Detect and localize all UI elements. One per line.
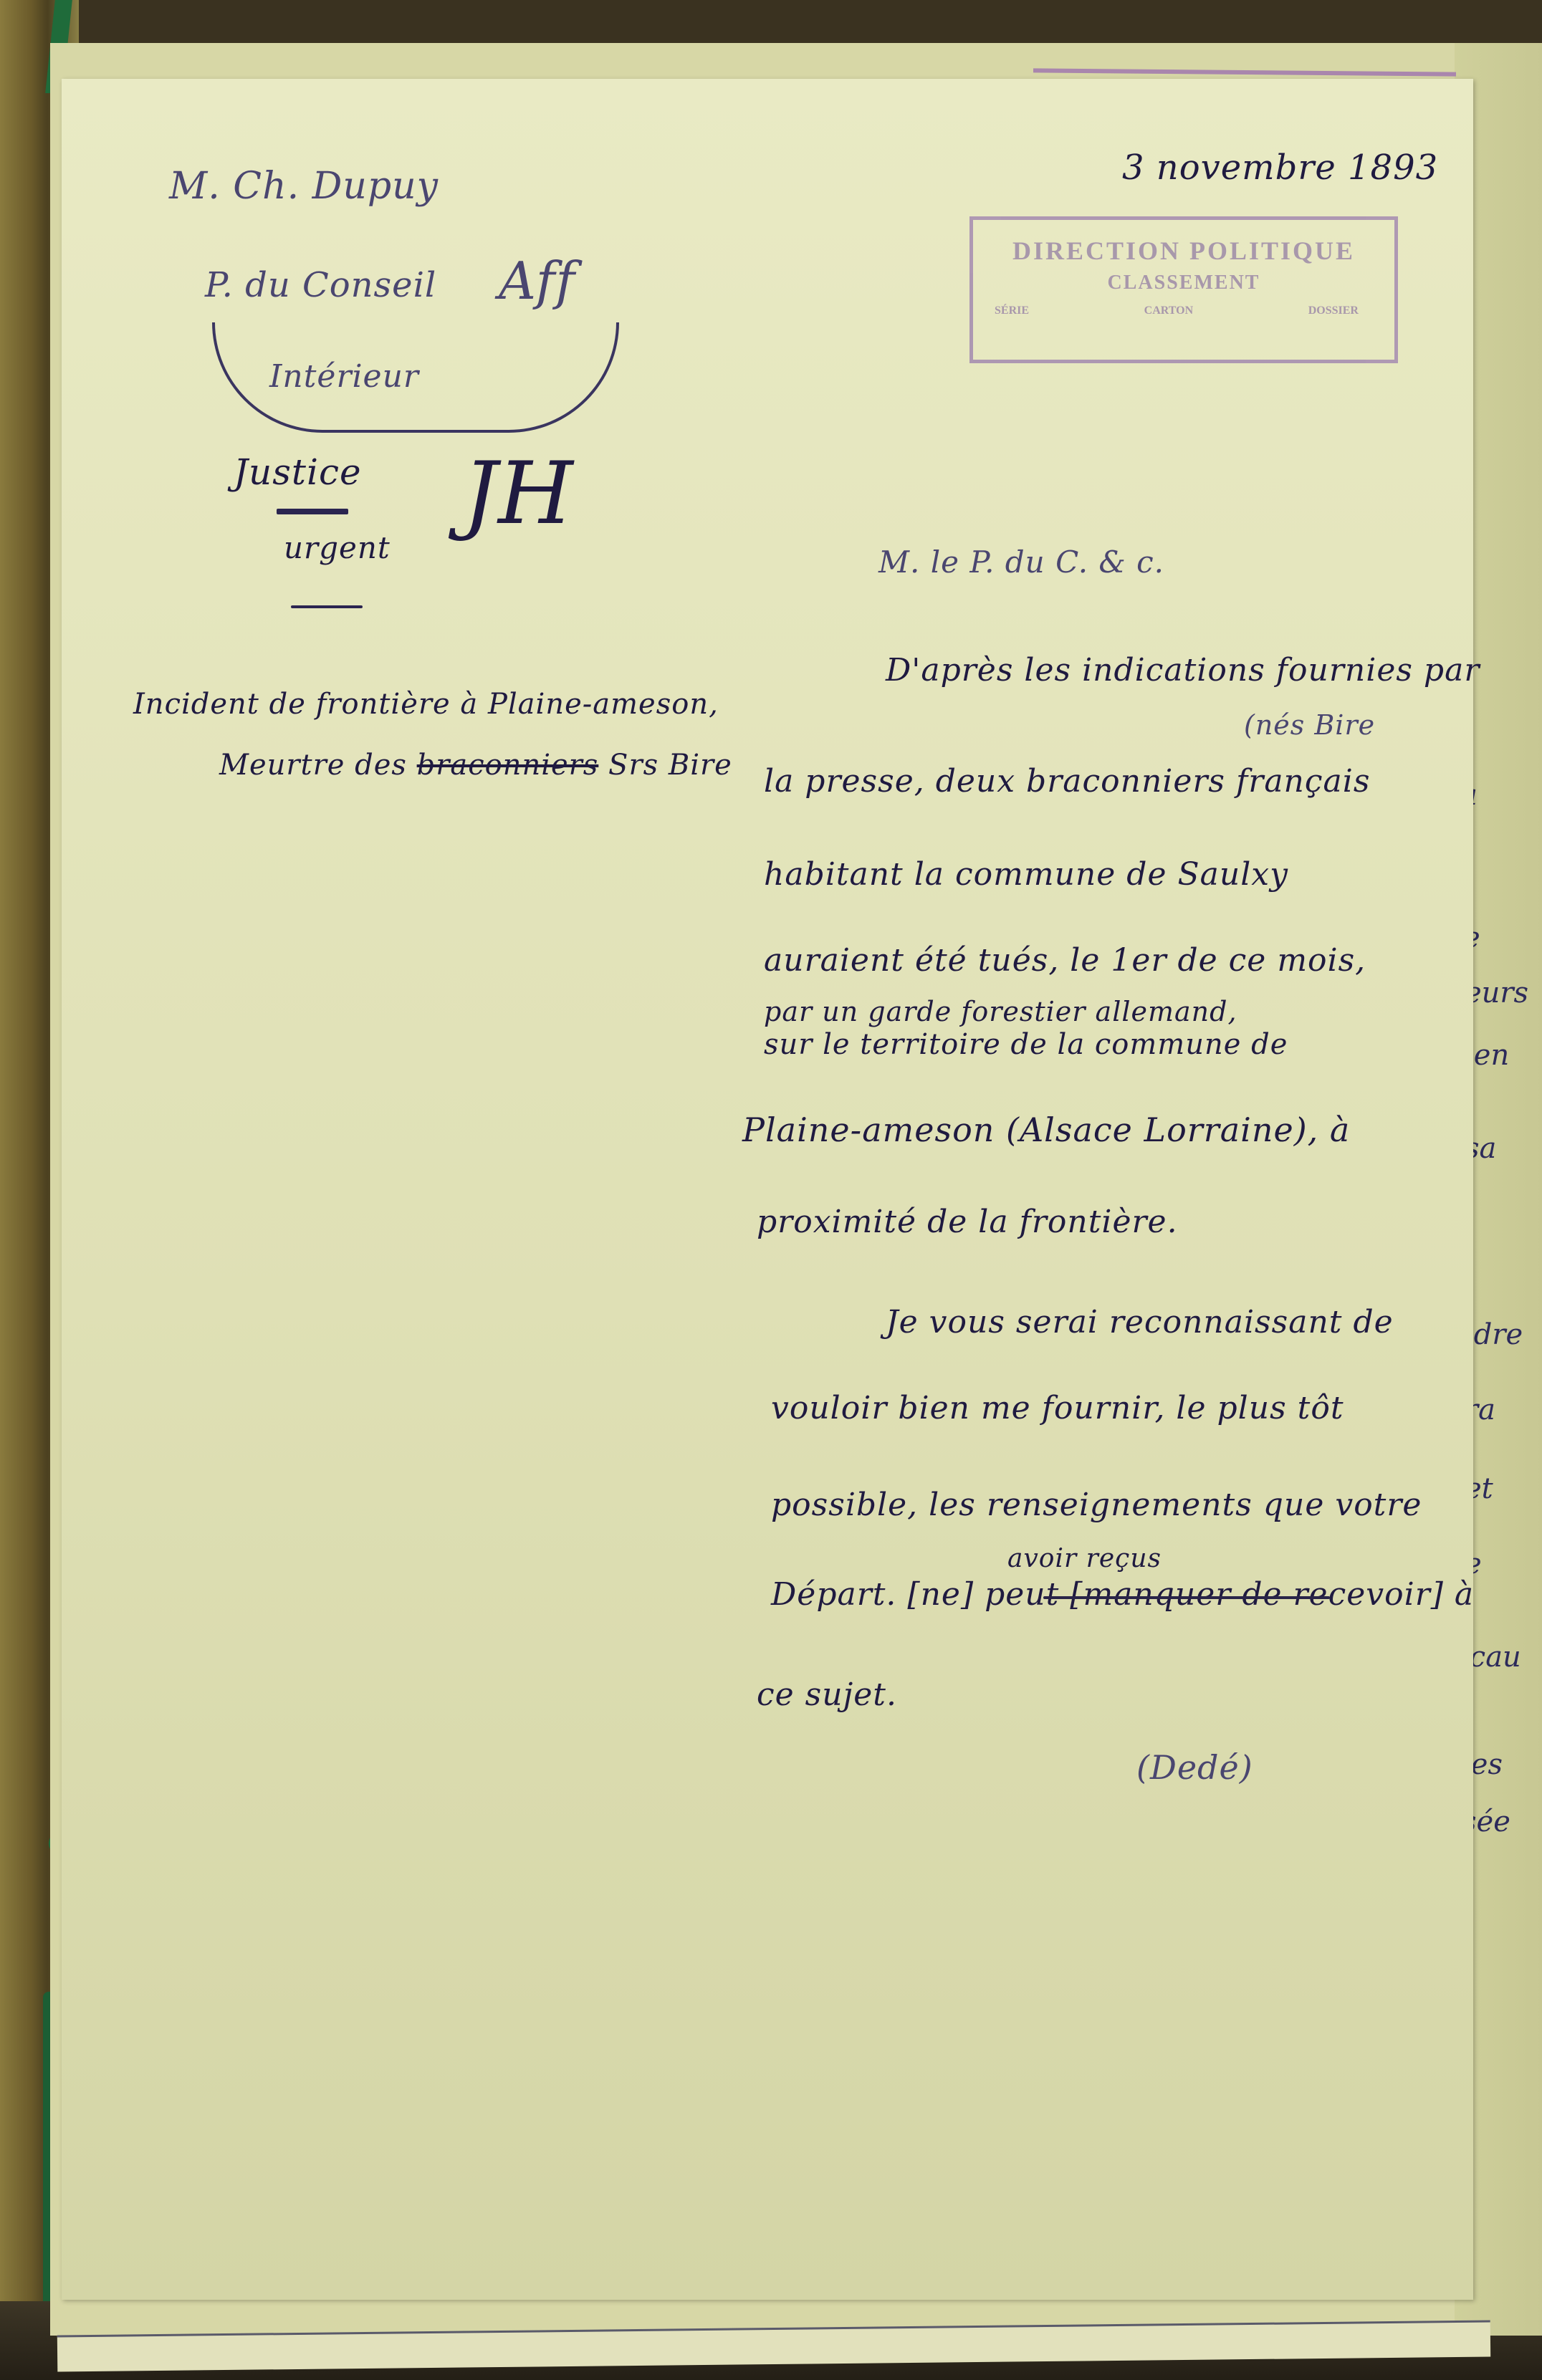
body-line: D'après les indications fournies par: [886, 652, 1480, 688]
body-line: vouloir bien me fournir, le plus tôt: [771, 1390, 1344, 1426]
classification-stamp: DIRECTION POLITIQUE CLASSEMENT SÉRIE CAR…: [969, 216, 1398, 363]
grouping-brace: [212, 322, 619, 433]
body-line: Départ. [ne] peut [manquer de recevoir] …: [771, 1576, 1474, 1613]
letter-date: 3 novembre 1893: [1122, 148, 1438, 188]
body-line: sur le territoire de la commune de: [764, 1028, 1288, 1061]
addressee-office-justice: Justice: [234, 451, 362, 493]
subject-line-1: Incident de frontière à Plaine-ameson,: [133, 688, 719, 721]
body-line: auraient été tués, le 1er de ce mois,: [764, 942, 1366, 979]
stamp-subtitle: CLASSEMENT: [973, 272, 1394, 294]
stamp-field-serie: SÉRIE: [995, 304, 1029, 317]
paraph-initials: Aff: [499, 251, 575, 311]
stamp-field-dossier: DOSSIER: [1308, 304, 1359, 317]
struck-word: braconniers: [417, 749, 599, 782]
insertion-above-line: avoir reçus: [1007, 1544, 1162, 1573]
letter-page: 3 novembre 1893 DIRECTION POLITIQUE CLAS…: [62, 79, 1473, 2300]
body-line: ce sujet.: [757, 1676, 897, 1713]
addressee-name: M. Ch. Dupuy: [169, 165, 439, 208]
underlying-text-fragment: eurs: [1465, 977, 1528, 1009]
subject-prefix: Meurtre des: [219, 749, 407, 782]
paraph-signature: JH: [463, 444, 574, 544]
body-line: proximité de la frontière.: [757, 1204, 1178, 1240]
body-line: par un garde forestier allemand,: [764, 996, 1237, 1027]
strikethrough-mark: [1043, 1596, 1330, 1599]
underline-mark: [277, 509, 348, 514]
body-line: possible, les renseignements que votre: [771, 1487, 1422, 1523]
underline-mark: [291, 605, 363, 608]
names-insertion: (nés Bire: [1244, 709, 1375, 741]
body-line: habitant la commune de Saulxy: [764, 856, 1288, 893]
salutation: M. le P. du C. & c.: [878, 544, 1164, 580]
body-line: Plaine-ameson (Alsace Lorraine), à: [742, 1110, 1350, 1149]
underlying-text-fragment: idre: [1465, 1318, 1523, 1351]
subject-line-2: Meurtre des braconniers Srs Bire: [219, 749, 732, 782]
body-line: Je vous serai reconnaissant de: [886, 1304, 1394, 1340]
body-line: la presse, deux braconniers français: [764, 763, 1370, 800]
urgent-note: urgent: [284, 530, 391, 565]
stamp-field-carton: CARTON: [1144, 304, 1193, 317]
addressee-office-council: P. du Conseil: [205, 265, 436, 305]
closing-note: (Dedé): [1136, 1748, 1253, 1787]
stamp-title: DIRECTION POLITIQUE: [973, 236, 1394, 266]
subject-names: Srs Bire: [608, 749, 732, 782]
